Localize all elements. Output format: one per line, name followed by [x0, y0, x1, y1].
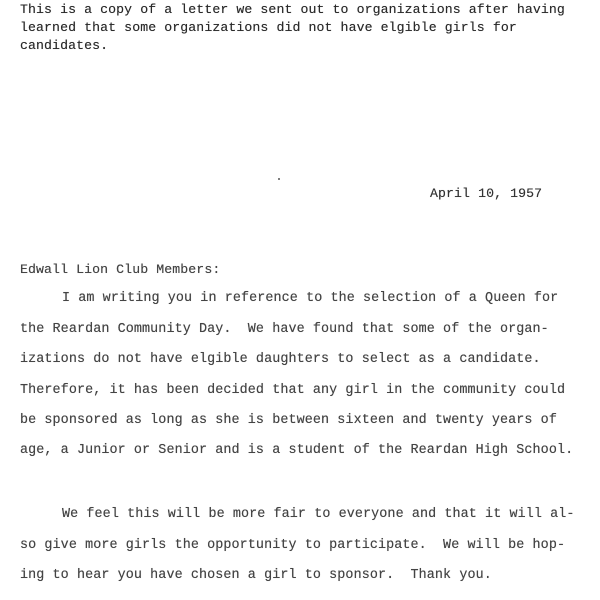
body-line: the Reardan Community Day. We have found… — [20, 322, 549, 337]
ink-speck — [278, 178, 280, 180]
body-line: so give more girls the opportunity to pa… — [20, 538, 565, 553]
body-line: ing to hear you have chosen a girl to sp… — [20, 568, 492, 583]
salutation: Edwall Lion Club Members: — [20, 262, 220, 277]
body-line: We feel this will be more fair to everyo… — [62, 507, 575, 522]
intro-note-line: learned that some organizations did not … — [20, 20, 517, 35]
body-line: I am writing you in reference to the sel… — [62, 291, 558, 306]
letter-date: April 10, 1957 — [430, 186, 542, 201]
intro-note-line: This is a copy of a letter we sent out t… — [20, 2, 565, 17]
body-line: age, a Junior or Senior and is a student… — [20, 443, 573, 458]
body-line: Therefore, it has been decided that any … — [20, 383, 565, 398]
body-line: be sponsored as long as she is between s… — [20, 413, 557, 428]
body-line: izations do not have elgible daughters t… — [20, 352, 541, 367]
intro-note-line: candidates. — [20, 38, 108, 53]
